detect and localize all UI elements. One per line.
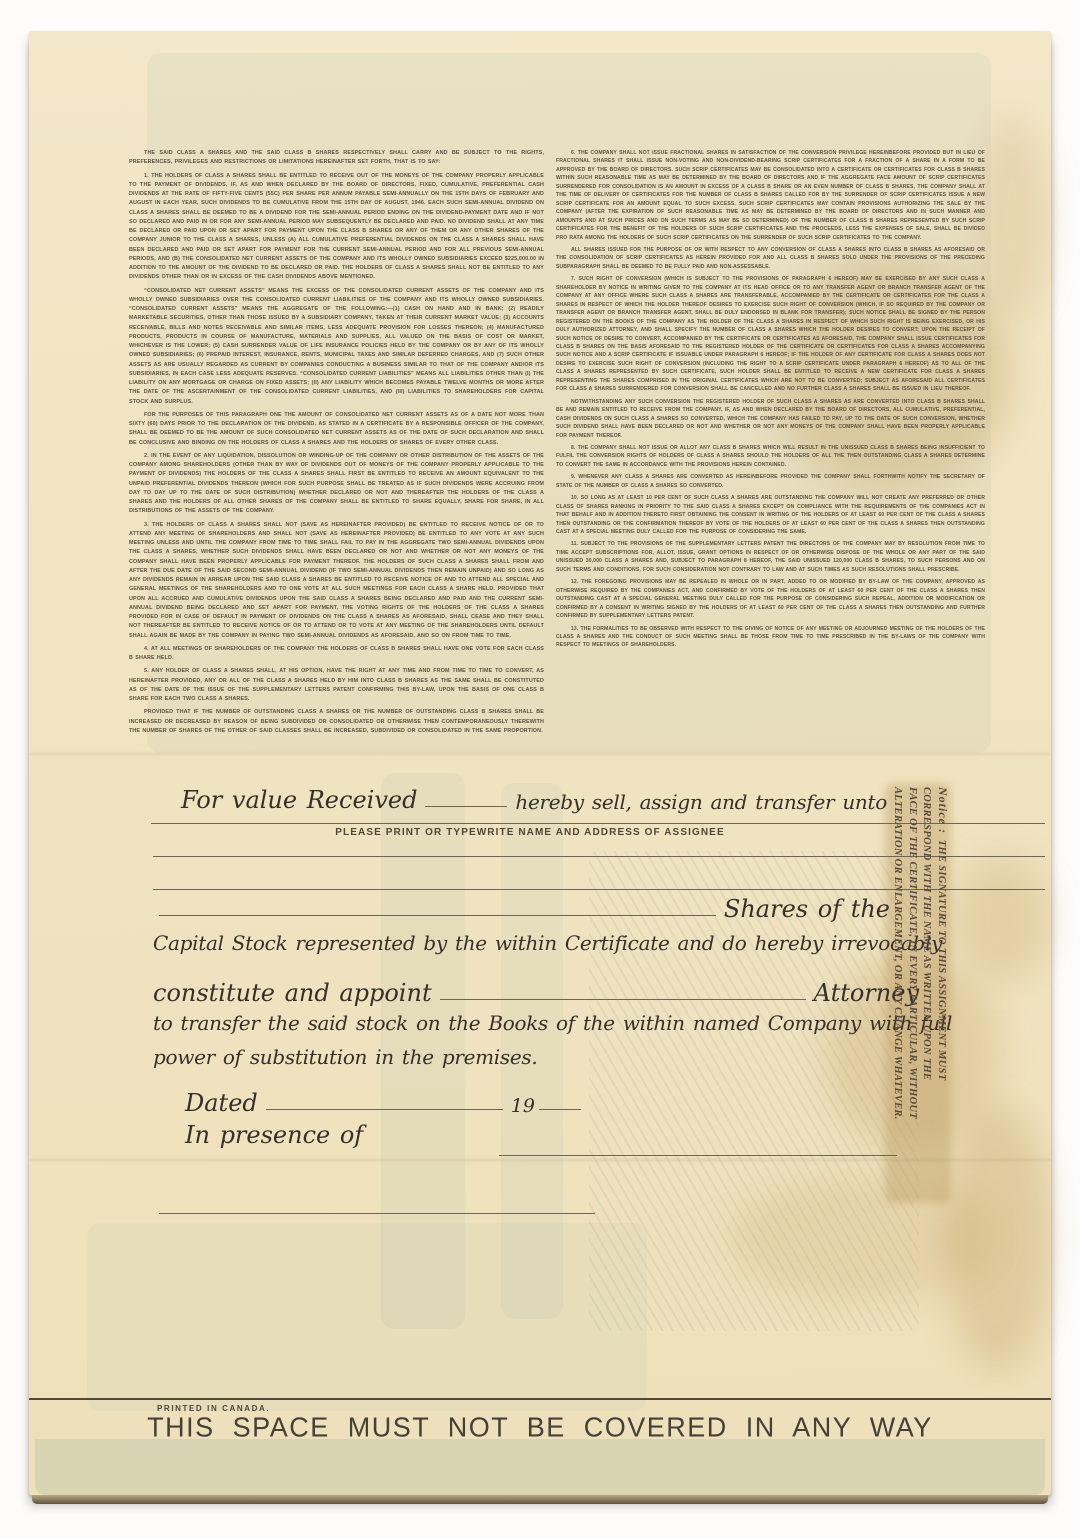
capital-stock-clause: Capital Stock represented by the within …: [153, 931, 942, 955]
do-not-cover-warning: THIS SPACE MUST NOT BE COVERED IN ANY WA…: [29, 1411, 1051, 1443]
paper-stain: [945, 1106, 1050, 1371]
transfer-books-clause: to transfer the said stock on the Books …: [153, 1011, 952, 1035]
notice-line-text: THE SIGNATURE TO THIS ASSIGNMENT MUST: [936, 840, 947, 1081]
show-through-bottom-band: [35, 1439, 1045, 1495]
legal-paragraph: 3. THE HOLDERS OF CLASS A SHARES SHALL N…: [129, 521, 544, 641]
legal-paragraph: “CONSOLIDATED NET CURRENT ASSETS” MEANS …: [129, 287, 544, 407]
shares-count-blank: [159, 915, 716, 916]
legal-paragraph: 7. SUCH RIGHT OF CONVERSION (WHICH IS SU…: [556, 275, 985, 393]
legal-paragraph: NOTWITHSTANDING ANY SUCH CONVERSION THE …: [556, 398, 985, 440]
assignor-blank-line: [425, 806, 507, 807]
witness-signature-line: [159, 1213, 595, 1214]
signature-notice: Notice : THE SIGNATURE TO THIS ASSIGNMEN…: [886, 787, 950, 1199]
notice-prefix: Notice :: [936, 787, 950, 834]
for-value-received-label: For value Received: [181, 786, 417, 814]
legal-paragraph: 13. THE FORMALITIES TO BE OBSERVED WITH …: [556, 625, 985, 650]
dated-row: Dated 19: [185, 1075, 585, 1117]
legal-paragraph: 4. AT ALL MEETINGS OF SHAREHOLDERS OF TH…: [129, 645, 544, 664]
legal-paragraph: THE SAID CLASS A SHARES AND THE SAID CLA…: [129, 149, 544, 168]
legal-paragraph: ALL SHARES ISSUED FOR THE PURPOSE OF OR …: [556, 246, 985, 271]
legal-paragraph: PROVIDED THAT IF THE NUMBER OF OUTSTANDI…: [129, 708, 544, 736]
shares-count-row: Shares of the: [151, 881, 890, 923]
paper-stain: [729, 1176, 994, 1301]
shares-of-the-label: Shares of the: [724, 895, 890, 923]
legal-paragraph: 9. WHENEVER ANY CLASS A SHARES ARE CONVE…: [556, 473, 985, 490]
paper-stain: [974, 116, 1049, 321]
legal-paragraph: 12. THE FOREGOING PROVISIONS MAY BE REPE…: [556, 578, 985, 620]
assignor-signature-line: [499, 1155, 897, 1156]
transfer-clause-label: hereby sell, assign and transfer unto: [515, 790, 887, 814]
dated-label: Dated: [185, 1089, 258, 1117]
in-presence-of-label: In presence of: [185, 1121, 363, 1149]
notice-line: CORRESPOND WITH THE NAME AS WRITTEN UPON…: [919, 787, 934, 1199]
power-of-substitution-clause: power of substitution in the premises.: [153, 1045, 537, 1069]
certificate-scan-page: THE SAID CLASS A SHARES AND THE SAID CLA…: [0, 0, 1080, 1538]
legal-paragraph: 8. THE COMPANY SHALL NOT ISSUE OR ALLOT …: [556, 444, 985, 469]
signature-notice-text: Notice : THE SIGNATURE TO THIS ASSIGNMEN…: [886, 787, 950, 1199]
show-through-lower: [87, 1223, 647, 1411]
legal-paragraph: 1. THE HOLDERS OF CLASS A SHARES SHALL B…: [129, 172, 544, 283]
attorney-appointment-row: constitute and appoint Attorney: [153, 965, 919, 1007]
legal-text-columns: THE SAID CLASS A SHARES AND THE SAID CLA…: [129, 149, 985, 763]
year-blank: [539, 1109, 581, 1110]
legal-paragraph: 11. SUBJECT TO THE PROVISIONS OF THE SUP…: [556, 540, 985, 574]
paper-stain: [954, 856, 1049, 981]
legal-paragraph: 6. THE COMPANY SHALL NOT ISSUE FRACTIONA…: [556, 149, 985, 242]
legal-paragraph: 2. IN THE EVENT OF ANY LIQUIDATION, DISS…: [129, 452, 544, 517]
legal-paragraph: 5. ANY HOLDER OF CLASS A SHARES SHALL, A…: [129, 667, 544, 704]
legal-paragraph: 10. SO LONG AS AT LEAST 10 PER CENT OF S…: [556, 494, 985, 536]
legal-column-left: THE SAID CLASS A SHARES AND THE SAID CLA…: [129, 149, 544, 763]
attorney-name-blank: [440, 999, 806, 1000]
assignment-opening-row: For value Received hereby sell, assign a…: [181, 768, 887, 814]
certificate-back-sheet: THE SAID CLASS A SHARES AND THE SAID CLA…: [29, 31, 1051, 1495]
assignee-instruction: PLEASE PRINT OR TYPEWRITE NAME AND ADDRE…: [149, 827, 911, 838]
legal-column-right: 6. THE COMPANY SHALL NOT ISSUE FRACTIONA…: [556, 149, 985, 763]
show-through-hatching: [589, 851, 919, 1331]
legal-paragraph: FOR THE PURPOSES OF THIS PARAGRAPH ONE T…: [129, 411, 544, 448]
notice-line: ALTERATION OR ENLARGEMENT, OR ANY CHANGE…: [890, 787, 905, 1199]
constitute-and-appoint-label: constitute and appoint: [153, 979, 432, 1007]
date-blank: [266, 1109, 503, 1110]
notice-line: Notice : THE SIGNATURE TO THIS ASSIGNMEN…: [933, 787, 950, 1199]
footer-rule: [29, 1398, 1051, 1400]
notice-line: FACE OF THE CERTIFICATE, IN EVERY PARTIC…: [904, 787, 919, 1199]
year-prefix: 19: [511, 1095, 535, 1117]
